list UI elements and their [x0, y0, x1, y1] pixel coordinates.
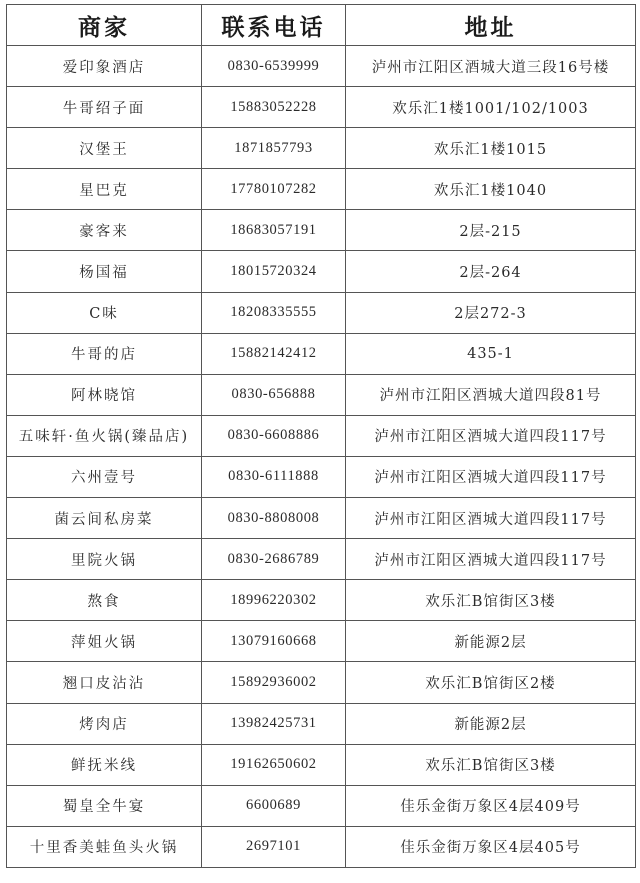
phone-cell: 0830-6539999 [202, 46, 346, 87]
merchant-name-cell: 蜀皇全牛宴 [7, 785, 202, 826]
address-cell: 泸州市江阳区酒城大道四段117号 [346, 456, 636, 497]
merchant-name-cell: 五味轩·鱼火锅(臻品店) [7, 415, 202, 456]
address-cell: 泸州市江阳区酒城大道四段117号 [346, 539, 636, 580]
table-row: 十里香美蛙鱼头火锅 2697101 佳乐金街万象区4层405号 [7, 826, 636, 867]
merchant-name-cell: 鲜抚米线 [7, 744, 202, 785]
address-cell: 2层-215 [346, 210, 636, 251]
merchant-name-cell: C味 [7, 292, 202, 333]
phone-cell: 0830-6111888 [202, 456, 346, 497]
phone-cell: 0830-8808008 [202, 498, 346, 539]
phone-cell: 15892936002 [202, 662, 346, 703]
merchant-name-cell: 爱印象酒店 [7, 46, 202, 87]
address-cell: 欢乐汇B馆街区2楼 [346, 662, 636, 703]
phone-cell: 0830-2686789 [202, 539, 346, 580]
table-row: 爱印象酒店 0830-6539999 泸州市江阳区酒城大道三段16号楼 [7, 46, 636, 87]
phone-cell: 18683057191 [202, 210, 346, 251]
table-row: C味 18208335555 2层272-3 [7, 292, 636, 333]
table-row: 汉堡王 1871857793 欢乐汇1楼1015 [7, 128, 636, 169]
merchant-name-cell: 阿林晓馆 [7, 374, 202, 415]
merchant-name-cell: 六州壹号 [7, 456, 202, 497]
merchant-contact-table: 商家 联系电话 地址 爱印象酒店 0830-6539999 泸州市江阳区酒城大道… [6, 4, 636, 868]
table-row: 星巴克 17780107282 欢乐汇1楼1040 [7, 169, 636, 210]
phone-cell: 19162650602 [202, 744, 346, 785]
phone-cell: 18015720324 [202, 251, 346, 292]
phone-cell: 1871857793 [202, 128, 346, 169]
address-cell: 435-1 [346, 333, 636, 374]
address-cell: 2层-264 [346, 251, 636, 292]
phone-cell: 15882142412 [202, 333, 346, 374]
table-row: 烤肉店 13982425731 新能源2层 [7, 703, 636, 744]
table-row: 阿林晓馆 0830-656888 泸州市江阳区酒城大道四段81号 [7, 374, 636, 415]
address-cell: 泸州市江阳区酒城大道四段117号 [346, 498, 636, 539]
table-row: 熬食 18996220302 欢乐汇B馆街区3楼 [7, 580, 636, 621]
address-cell: 欢乐汇1楼1040 [346, 169, 636, 210]
table-row: 蜀皇全牛宴 6600689 佳乐金街万象区4层409号 [7, 785, 636, 826]
table-row: 里院火锅 0830-2686789 泸州市江阳区酒城大道四段117号 [7, 539, 636, 580]
merchant-name-cell: 十里香美蛙鱼头火锅 [7, 826, 202, 867]
table-row: 豪客来 18683057191 2层-215 [7, 210, 636, 251]
table-row: 五味轩·鱼火锅(臻品店) 0830-6608886 泸州市江阳区酒城大道四段11… [7, 415, 636, 456]
address-cell: 佳乐金街万象区4层409号 [346, 785, 636, 826]
merchant-name-cell: 星巴克 [7, 169, 202, 210]
merchant-name-cell: 牛哥的店 [7, 333, 202, 374]
merchant-name-cell: 熬食 [7, 580, 202, 621]
address-cell: 泸州市江阳区酒城大道四段117号 [346, 415, 636, 456]
phone-cell: 18996220302 [202, 580, 346, 621]
header-address: 地址 [346, 5, 636, 46]
address-cell: 泸州市江阳区酒城大道三段16号楼 [346, 46, 636, 87]
phone-cell: 6600689 [202, 785, 346, 826]
table-header-row: 商家 联系电话 地址 [7, 5, 636, 46]
phone-cell: 13079160668 [202, 621, 346, 662]
address-cell: 欢乐汇B馆街区3楼 [346, 580, 636, 621]
merchant-directory-sheet: 商家 联系电话 地址 爱印象酒店 0830-6539999 泸州市江阳区酒城大道… [6, 4, 635, 868]
header-phone: 联系电话 [202, 5, 346, 46]
address-cell: 欢乐汇1楼1001/102/1003 [346, 87, 636, 128]
merchant-name-cell: 里院火锅 [7, 539, 202, 580]
table-row: 鲜抚米线 19162650602 欢乐汇B馆街区3楼 [7, 744, 636, 785]
address-cell: 欢乐汇B馆街区3楼 [346, 744, 636, 785]
table-row: 杨国福 18015720324 2层-264 [7, 251, 636, 292]
merchant-name-cell: 菌云间私房菜 [7, 498, 202, 539]
header-merchant: 商家 [7, 5, 202, 46]
table-row: 牛哥的店 15882142412 435-1 [7, 333, 636, 374]
phone-cell: 15883052228 [202, 87, 346, 128]
phone-cell: 13982425731 [202, 703, 346, 744]
phone-cell: 17780107282 [202, 169, 346, 210]
table-row: 萍姐火锅 13079160668 新能源2层 [7, 621, 636, 662]
phone-cell: 18208335555 [202, 292, 346, 333]
table-row: 牛哥绍子面 15883052228 欢乐汇1楼1001/102/1003 [7, 87, 636, 128]
merchant-name-cell: 杨国福 [7, 251, 202, 292]
phone-cell: 0830-656888 [202, 374, 346, 415]
phone-cell: 2697101 [202, 826, 346, 867]
merchant-name-cell: 牛哥绍子面 [7, 87, 202, 128]
table-row: 菌云间私房菜 0830-8808008 泸州市江阳区酒城大道四段117号 [7, 498, 636, 539]
merchant-name-cell: 豪客来 [7, 210, 202, 251]
table-row: 翘口皮沾沾 15892936002 欢乐汇B馆街区2楼 [7, 662, 636, 703]
merchant-name-cell: 烤肉店 [7, 703, 202, 744]
merchant-name-cell: 翘口皮沾沾 [7, 662, 202, 703]
phone-cell: 0830-6608886 [202, 415, 346, 456]
address-cell: 新能源2层 [346, 703, 636, 744]
address-cell: 泸州市江阳区酒城大道四段81号 [346, 374, 636, 415]
merchant-name-cell: 汉堡王 [7, 128, 202, 169]
address-cell: 佳乐金街万象区4层405号 [346, 826, 636, 867]
merchant-name-cell: 萍姐火锅 [7, 621, 202, 662]
address-cell: 新能源2层 [346, 621, 636, 662]
table-row: 六州壹号 0830-6111888 泸州市江阳区酒城大道四段117号 [7, 456, 636, 497]
address-cell: 2层272-3 [346, 292, 636, 333]
address-cell: 欢乐汇1楼1015 [346, 128, 636, 169]
